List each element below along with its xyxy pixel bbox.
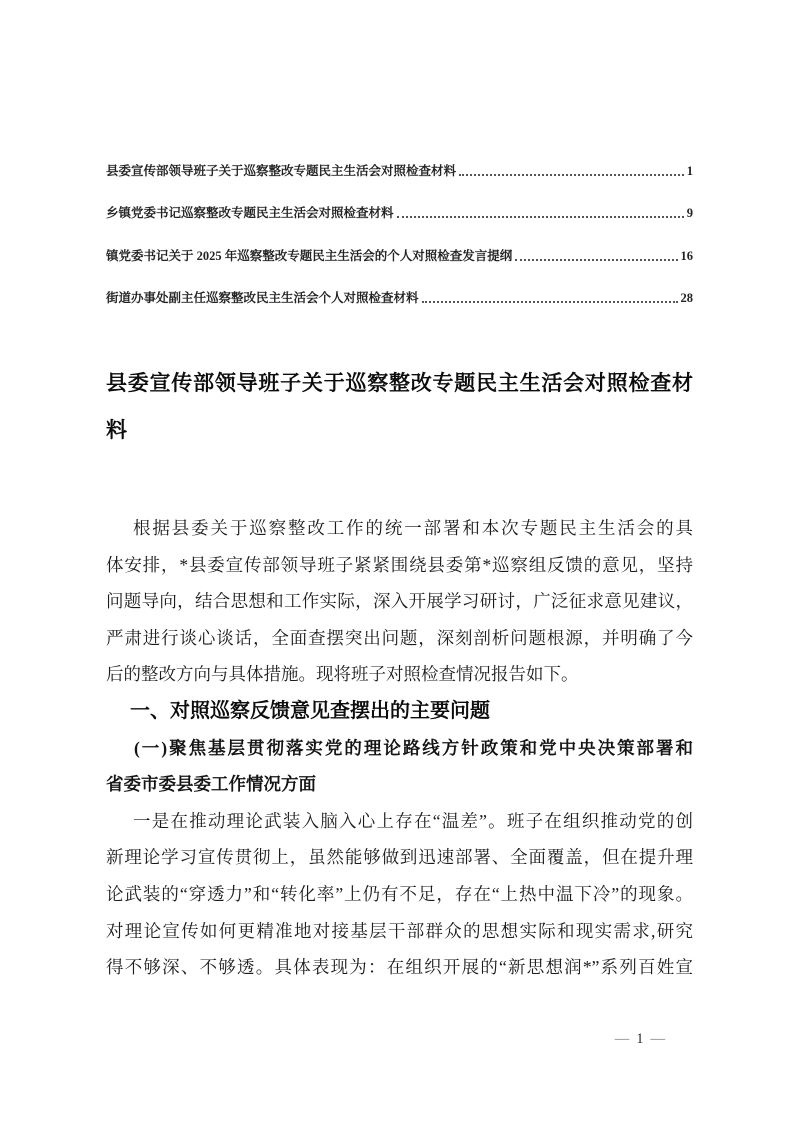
toc-page-number: 16 [681,249,694,264]
toc-entry[interactable]: 乡镇党委书记巡察整改专题民主生活会对照检查材料 9 [106,204,693,221]
document-page: 县委宣传部领导班子关于巡察整改专题民主生活会对照检查材料 1 乡镇党委书记巡察整… [0,0,793,1122]
footer-dash-left: — [615,1031,630,1048]
toc-page-number: 9 [687,206,693,221]
toc-entry[interactable]: 镇党委书记关于 2025 年巡察整改专题民主生活会的个人对照检查发言提纲 16 [106,247,693,264]
toc-entry-title: 镇党委书记关于 2025 年巡察整改专题民主生活会的个人对照检查发言提纲 [106,246,512,264]
subsection-heading-line: 省委市委县委工作情况方面 [106,766,693,803]
section-heading: 一、对照巡察反馈意见查摆出的主要问题 [106,693,693,730]
table-of-contents: 县委宣传部领导班子关于巡察整改专题民主生活会对照检查材料 1 乡镇党委书记巡察整… [106,162,693,332]
paragraph-line: 得不够深、不够透。具体表现为：在组织开展的“新思想润*”系列百姓宣 [106,949,693,986]
paragraph-line: 体安排，*县委宣传部领导班子紧紧围绕县委第*巡察组反馈的意见，坚持 [106,547,693,584]
toc-dot-leader [422,301,678,303]
paragraph-line: 对理论宣传如何更精准地对接基层干部群众的思想实际和现实需求,研究 [106,913,693,950]
toc-dot-leader [459,174,684,176]
toc-entry[interactable]: 县委宣传部领导班子关于巡察整改专题民主生活会对照检查材料 1 [106,162,693,179]
paragraph-line: 根据县委关于巡察整改工作的统一部署和本次专题民主生活会的具 [106,510,693,547]
paragraph-line: 严肃进行谈心谈话，全面查摆突出问题，深刻剖析问题根源，并明确了今 [106,620,693,657]
toc-entry-title: 街道办事处副主任巡察整改民主生活会个人对照检查材料 [106,288,419,306]
subsection-heading-line: (一)聚焦基层贯彻落实党的理论路线方针政策和党中央决策部署和 [106,730,693,767]
document-title-line: 料 [106,407,693,454]
document-title-line: 县委宣传部领导班子关于巡察整改专题民主生活会对照检查材 [106,360,693,407]
paragraph-line: 一是在推动理论武装入脑入心上存在“温差”。班子在组织推动党的创 [106,803,693,840]
footer-dash-right: — [651,1031,666,1048]
toc-page-number: 28 [681,291,694,306]
paragraph-line: 后的整改方向与具体措施。现将班子对照检查情况报告如下。 [106,656,693,693]
toc-dot-leader [515,259,677,261]
toc-entry[interactable]: 街道办事处副主任巡察整改民主生活会个人对照检查材料 28 [106,289,693,306]
paragraph-line: 问题导向，结合思想和工作实际，深入开展学习研讨，广泛征求意见建议， [106,583,693,620]
toc-dot-leader [397,216,684,218]
document-title: 县委宣传部领导班子关于巡察整改专题民主生活会对照检查材 料 [106,360,693,454]
paragraph-line: 新理论学习宣传贯彻上，虽然能够做到迅速部署、全面覆盖，但在提升理 [106,839,693,876]
page-footer: — 1 — [615,1031,665,1048]
document-body: 根据县委关于巡察整改工作的统一部署和本次专题民主生活会的具 体安排，*县委宣传部… [106,510,693,986]
toc-entry-title: 乡镇党委书记巡察整改专题民主生活会对照检查材料 [106,203,394,221]
footer-page-number: 1 [636,1031,643,1048]
toc-page-number: 1 [687,164,693,179]
paragraph-line: 论武装的“穿透力”和“转化率”上仍有不足，存在“上热中温下冷”的现象。 [106,876,693,913]
toc-entry-title: 县委宣传部领导班子关于巡察整改专题民主生活会对照检查材料 [106,161,456,179]
